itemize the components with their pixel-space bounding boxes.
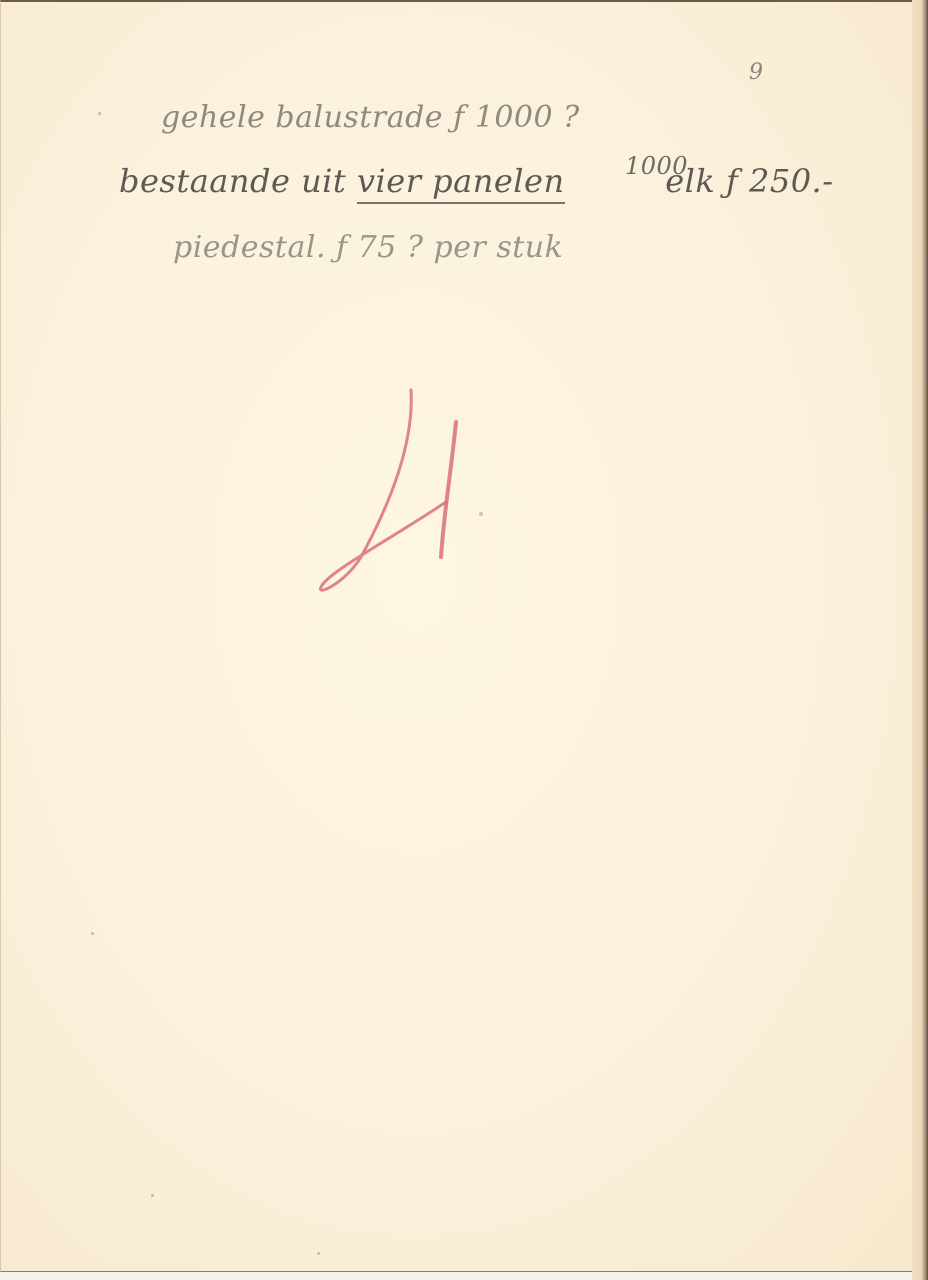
handwritten-line-1: gehele balustrade ƒ 1000 ? [161,100,580,135]
document-page: 9 gehele balustrade ƒ 1000 ? bestaande u… [0,0,922,1272]
handwritten-line-2: bestaande uit vier panelen elk ƒ 250.- [119,162,834,200]
line-2-prefix: bestaande uit [119,162,357,200]
paper-speck [98,112,101,115]
paper-speck [317,1252,320,1255]
handwritten-line-3: piedestal. ƒ 75 ? per stuk [173,230,563,265]
paper-speck [151,1194,154,1197]
page-number-mark: 9 [749,60,764,85]
line-2-annotation: 1000 [625,152,688,180]
red-pencil-number-mark: 4. [306,382,506,612]
line-2-underlined: vier panelen [357,162,565,204]
page-edge [912,0,928,1280]
paper-speck [91,932,94,935]
